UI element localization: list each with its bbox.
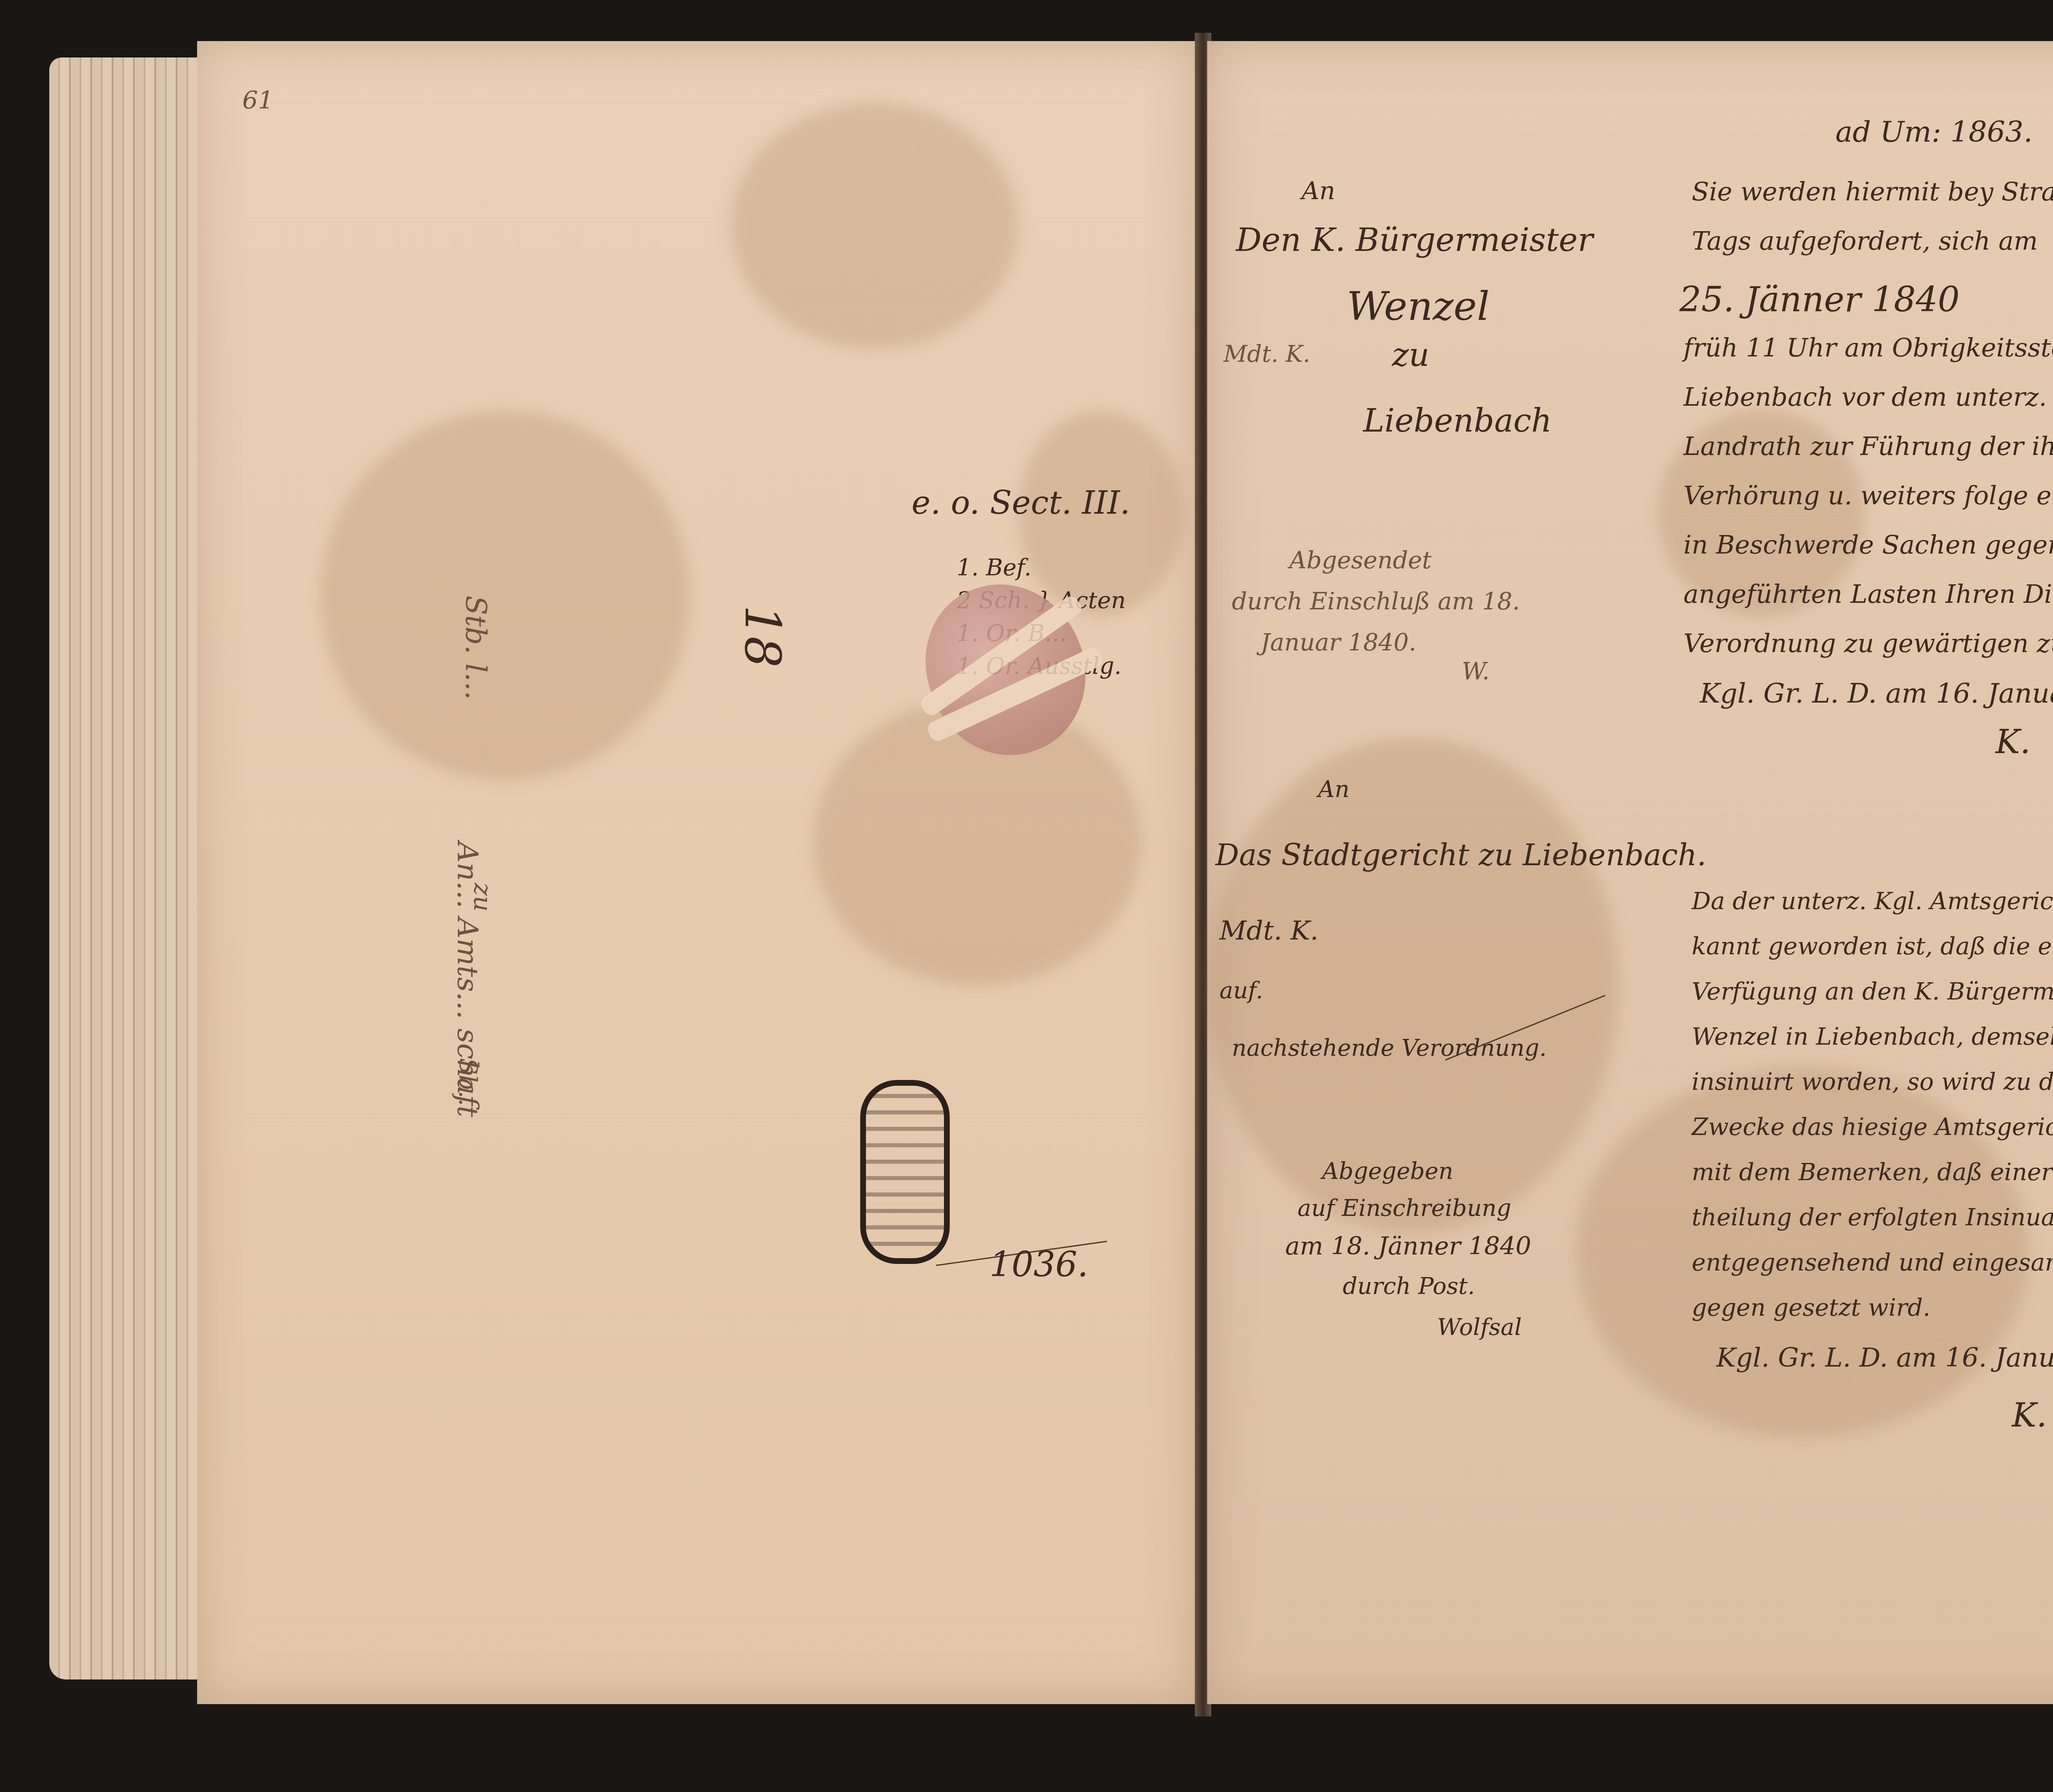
auf-note: auf. xyxy=(1219,977,1263,1004)
corner-mark: 61 xyxy=(242,86,273,115)
water-stain xyxy=(320,411,690,780)
address-recipient: Den K. Bürgermeister xyxy=(1236,222,1593,259)
text-line: Verfügung an den K. Bürgermeister xyxy=(1692,977,2053,1005)
delivery-note-line: auf Einschreibung xyxy=(1297,1195,1511,1222)
text-line: Landrath zur Führung der ihrer xyxy=(1683,431,2053,461)
file-number: 1036. xyxy=(990,1244,1088,1284)
text-line: früh 11 Uhr am Obrigkeitsstelle zu xyxy=(1683,333,2053,363)
delivery-signature: Wolfsal xyxy=(1437,1314,1522,1341)
text-line: Zwecke das hiesige Amtsgericht requirirt… xyxy=(1692,1113,2053,1141)
text-signature-date: Kgl. Gr. L. D. am 16. Januar 1840. xyxy=(1700,678,2053,709)
text-line: Sie werden hiermit bey Strafe dieser xyxy=(1692,177,2053,207)
text-initial: K. xyxy=(2012,1396,2047,1434)
text-line: gegen gesetzt wird. xyxy=(1692,1293,1930,1321)
address-zu: zu xyxy=(1392,337,1429,374)
text-line: angeführten Lasten Ihren Dienstherrn xyxy=(1683,579,2053,609)
text-line: entgegensehend und eingesandtem Rücksche… xyxy=(1692,1248,2053,1276)
manuscript-volume: 61 e. o. Sect. III. 1. Bef. 2 Sch. } Act… xyxy=(25,16,2053,1782)
left-page: 61 e. o. Sect. III. 1. Bef. 2 Sch. } Act… xyxy=(197,41,1195,1704)
water-stain xyxy=(731,103,1018,349)
dispatch-note-line: Januar 1840. xyxy=(1261,628,1416,656)
text-line: in Beschwerde Sachen gegen die xyxy=(1683,530,2053,560)
address-place: Liebenbach xyxy=(1363,402,1552,439)
text-line: Tags aufgefordert, sich am xyxy=(1692,226,2038,256)
delivery-note-line: durch Post. xyxy=(1343,1273,1475,1300)
text-line: Liebenbach vor dem unterz. Kgl. xyxy=(1683,382,2053,412)
left-page-edges xyxy=(49,57,222,1679)
text-line: theilung der erfolgten Insinuation xyxy=(1692,1203,2053,1231)
right-page: 84 ad Um: 1863. An Den K. Bürgermeister … xyxy=(1207,41,2053,1704)
delivery-note-line: am 18. Jänner 1840 xyxy=(1285,1232,1531,1261)
address-an: An xyxy=(1302,177,1335,205)
rotated-side-note: Stb. l... xyxy=(459,595,493,700)
an-block: An xyxy=(1318,776,1350,803)
dispatch-note-line: Abgesendet xyxy=(1289,546,1432,574)
text-date: 25. Jänner 1840 xyxy=(1679,279,1960,319)
rotated-zu: zu xyxy=(468,883,497,912)
text-line: Da der unterz. Kgl. Amtsgericht be- xyxy=(1692,887,2053,915)
rotated-bottom-note: Sb.. xyxy=(453,1058,482,1106)
text-line: Verordnung zu gewärtigen zu sein. xyxy=(1683,628,2053,658)
text-signature-date: Kgl. Gr. L. D. am 16. Januar 40. xyxy=(1716,1343,2053,1373)
enclosure-item: 1. Bef. xyxy=(957,554,1031,581)
court-recipient: Das Stadtgericht zu Liebenbach. xyxy=(1215,838,1706,872)
section-mark: e. o. Sect. III. xyxy=(912,485,1130,522)
text-line: kannt geworden ist, daß die eingeführte xyxy=(1692,932,2053,960)
text-line: Wenzel in Liebenbach, demselben legal xyxy=(1692,1022,2053,1050)
text-line: mit dem Bemerken, daß einer Mit- xyxy=(1692,1158,2053,1186)
text-line: Verhörung u. weiters folge einer xyxy=(1683,480,2053,510)
text-line: insinuirt worden, so wird zu diesem xyxy=(1692,1068,2053,1096)
header-note: ad Um: 1863. xyxy=(1835,115,2032,149)
rotated-number: 18 xyxy=(734,605,791,668)
dispatch-note-line: W. xyxy=(1462,657,1490,685)
delivery-note-line: Abgegeben xyxy=(1322,1158,1453,1185)
margin-note: Mdt. K. xyxy=(1224,341,1310,368)
text-initial: K. xyxy=(1996,723,2030,761)
postal-stamp-icon xyxy=(860,1080,950,1264)
dispatch-note-line: durch Einschluß am 18. xyxy=(1232,587,1520,615)
address-name: Wenzel xyxy=(1347,283,1490,329)
margin-note: Mdt. K. xyxy=(1219,916,1318,946)
